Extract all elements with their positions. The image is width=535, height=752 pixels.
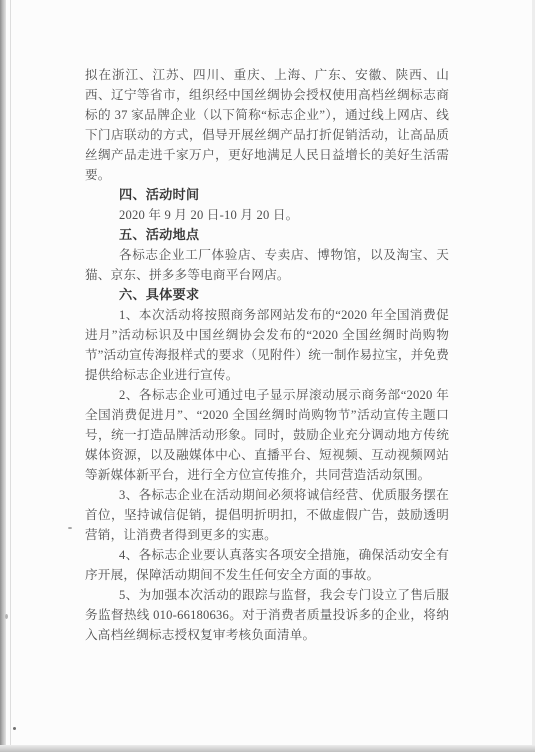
section-heading: 五、活动地点 <box>85 225 449 245</box>
section-heading: 四、活动时间 <box>85 185 449 205</box>
document-text-block: 拟在浙江、江苏、四川、重庆、上海、广东、安徽、陕西、山西、辽宁等省市，组织经中国… <box>85 65 449 645</box>
scan-bottom-edge-shadow <box>0 745 535 752</box>
body-paragraph: 5、为加强本次活动的跟踪与监督，我会专门设立了售后服务监督热线 010-6618… <box>85 585 449 645</box>
scan-fold-line <box>10 0 11 752</box>
scan-artifact-dot <box>13 727 16 730</box>
body-paragraph: 4、各标志企业要认真落实各项安全措施，确保活动安全有序开展，保障活动期间不发生任… <box>85 545 449 585</box>
scanned-document-page: { "document": { "language": "zh-CN", "ki… <box>0 0 535 752</box>
scan-left-edge-shadow <box>0 0 6 752</box>
body-paragraph: 拟在浙江、江苏、四川、重庆、上海、广东、安徽、陕西、山西、辽宁等省市，组织经中国… <box>85 65 449 185</box>
body-paragraph: 各标志企业工厂体验店、专卖店、博物馆，以及淘宝、天猫、京东、拼多多等电商平台网店… <box>85 245 449 285</box>
section-heading: 六、具体要求 <box>85 285 449 305</box>
body-paragraph: 2020 年 9 月 20 日-10 月 20 日。 <box>85 205 449 225</box>
scan-artifact-dot <box>5 614 8 619</box>
body-paragraph: 1、本次活动将按照商务部网站发布的“2020 年全国消费促进月”活动标识及中国丝… <box>85 305 449 385</box>
body-paragraph: 3、各标志企业在活动期间必须将诚信经营、优质服务摆在首位，坚持诚信促销，提倡明折… <box>85 485 449 545</box>
scan-artifact-dot <box>68 527 72 529</box>
body-paragraph: 2、各标志企业可通过电子显示屏滚动展示商务部“2020 年全国消费促进月”、“2… <box>85 385 449 485</box>
